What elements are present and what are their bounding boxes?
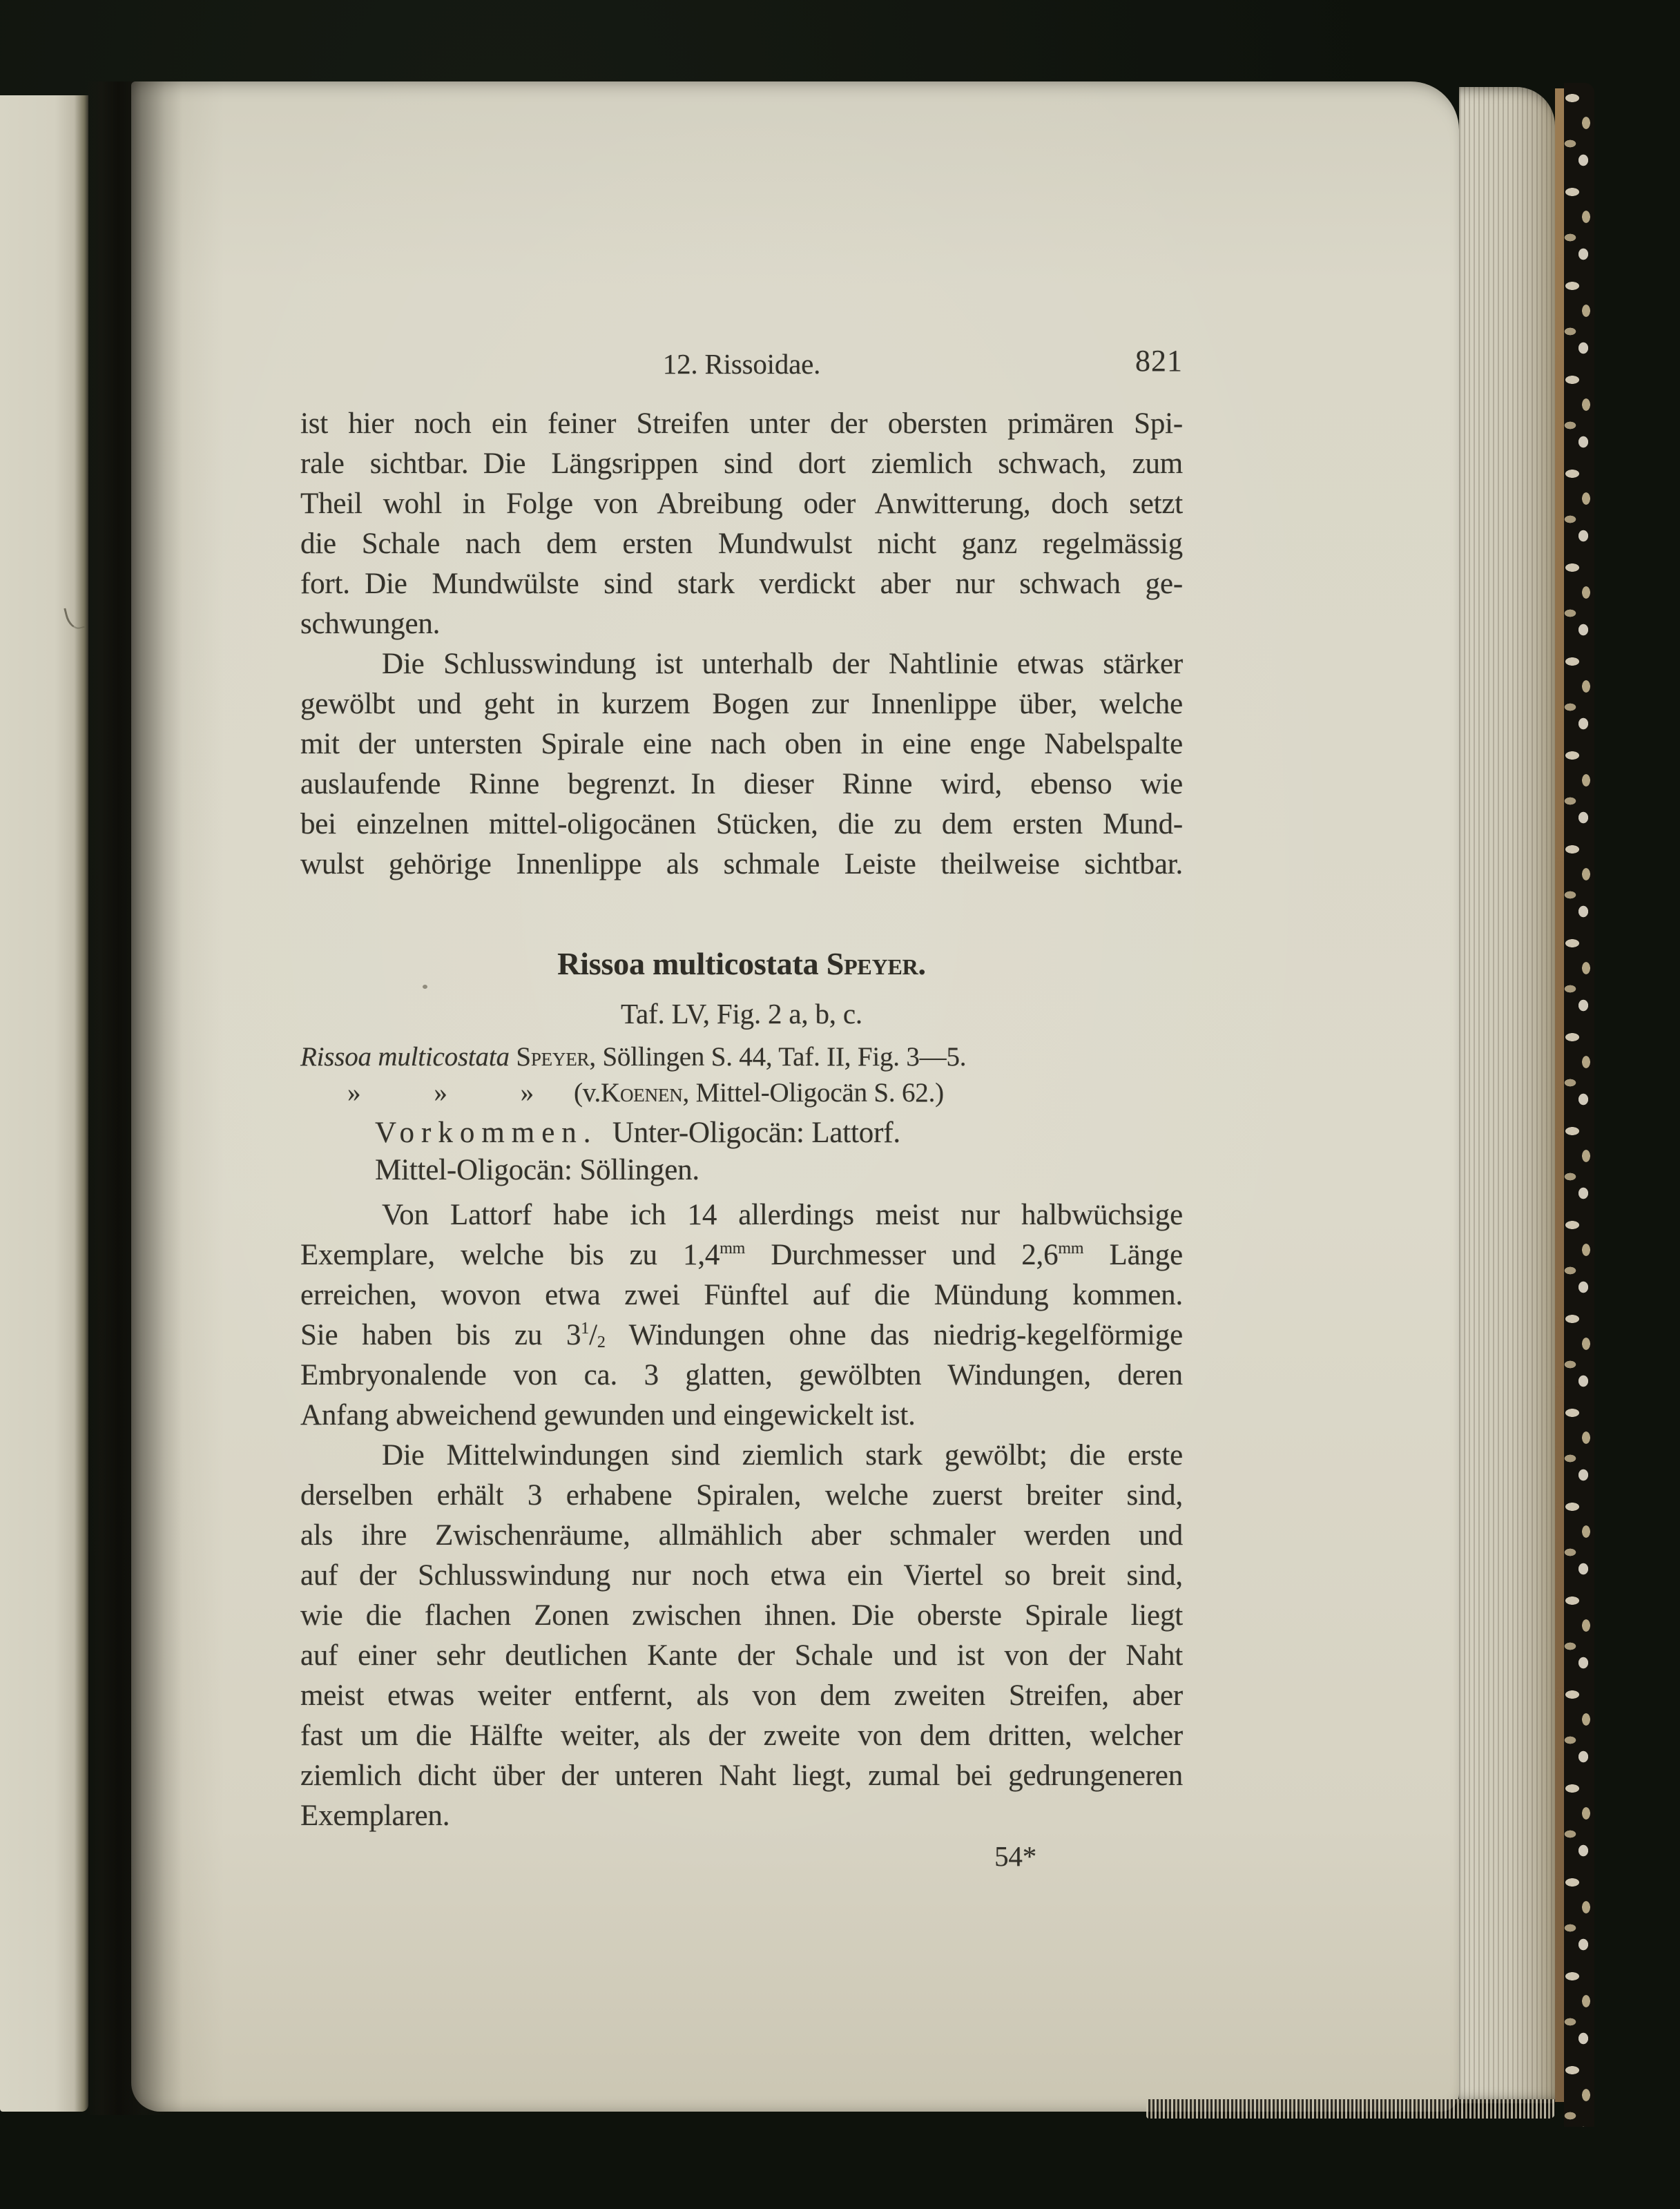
text-segment: Exemplare, welche bis zu 1,4 (300, 1239, 720, 1271)
book-page: 12. Rissoidae. 821 ist hier noch ein fei… (131, 81, 1459, 2112)
board-edge-line (1555, 88, 1564, 2102)
paragraph-4: Die Mittelwindungen sind ziemlich stark … (300, 1436, 1183, 1836)
ditto-mark: » (347, 1075, 360, 1111)
signature-mark: 54* (300, 1836, 1183, 1876)
ditto-mark: » (521, 1075, 534, 1111)
synonymy-reference-2-pre: (v. (574, 1075, 601, 1111)
text-line: Anfang abweichend gewunden und eingewick… (300, 1396, 1183, 1436)
text-line: auf einer sehr deutlichen Kante der Scha… (300, 1636, 1183, 1676)
text-segment: Windungen ohne das niedrig-kegelförmige (606, 1319, 1183, 1351)
text-line: Embryonalende von ca. 3 glatten, gewölbt… (300, 1356, 1183, 1396)
text-line: gewölbt und geht in kurzem Bogen zur Inn… (300, 684, 1183, 724)
species-heading: Rissoa multicostata Speyer. (300, 944, 1183, 984)
text-line: Von Lattorf habe ich 14 allerdings meist… (300, 1195, 1183, 1235)
page-number: 821 (1135, 341, 1183, 381)
text-line: Exemplare, welche bis zu 1,4mm Durchmess… (300, 1235, 1183, 1275)
plate-reference: Taf. LV, Fig. 2 a, b, c. (300, 994, 1183, 1034)
unit-superscript: mm (1058, 1239, 1083, 1257)
paragraph-1: ist hier noch ein feiner Streifen unter … (300, 404, 1183, 644)
synonymy-line-1: Rissoa multicostata Speyer, Söllingen S.… (300, 1039, 1183, 1075)
text-line: Theil wohl in Folge von Abreibung oder A… (300, 484, 1183, 524)
text-line: Die Mittelwindungen sind ziemlich stark … (300, 1436, 1183, 1476)
species-author: Speyer. (827, 946, 926, 981)
text-line: Exemplaren. (300, 1796, 1183, 1836)
text-line: derselben erhält 3 erhabene Spiralen, we… (300, 1476, 1183, 1516)
text-line: Sie haben bis zu 31/2 Windungen ohne das… (300, 1315, 1183, 1356)
running-header: 12. Rissoidae. 821 (300, 344, 1183, 384)
text-segment: Länge (1083, 1239, 1183, 1271)
text-line: fort. Die Mundwülste sind stark verdickt… (300, 564, 1183, 604)
text-line: bei einzelnen mittel-oligocänen Stücken,… (300, 804, 1183, 845)
synonymy-author-2: Koenen (601, 1078, 682, 1108)
text-line: Die Schlusswindung ist unterhalb der Nah… (300, 644, 1183, 684)
occurrence-line-1: Vorkommen. Unter-Oligocän: Lattorf. (300, 1115, 1183, 1151)
occurrence-label: Vorkommen. (375, 1117, 598, 1149)
cover-marbled-edge (1564, 83, 1594, 2127)
text-segment: Durchmesser und 2,6 (745, 1239, 1058, 1271)
fraction-slash: / (589, 1319, 597, 1351)
text-line: als ihre Zwischenräume, allmählich aber … (300, 1516, 1183, 1556)
text-line: auslaufende Rinne begrenzt. In dieser Ri… (300, 764, 1183, 804)
synonymy-reference-2: , Mittel-Oligocän S. 62.) (683, 1078, 944, 1108)
text-line: wulst gehörige Innenlippe als schmale Le… (300, 845, 1183, 885)
species-name: Rissoa multicostata (557, 946, 827, 981)
text-line: wie die flachen Zonen zwischen ihnen. Di… (300, 1596, 1183, 1636)
occurrence-value: Unter-Oligocän: Lattorf. (598, 1117, 900, 1149)
text-line: ist hier noch ein feiner Streifen unter … (300, 404, 1183, 444)
fore-edge-stack (1459, 87, 1555, 2103)
text-line: die Schale nach dem ersten Mundwulst nic… (300, 524, 1183, 564)
synonymy-author: Speyer (516, 1042, 589, 1072)
synonymy-reference: , Söllingen S. 44, Taf. II, Fig. 3—5. (589, 1042, 966, 1072)
text-line: auf der Schlusswindung nur noch etwa ein… (300, 1556, 1183, 1596)
page-text-block: 12. Rissoidae. 821 ist hier noch ein fei… (300, 344, 1183, 1876)
occurrence-line-2: Mittel-Oligocän: Söllingen. (300, 1152, 1183, 1188)
text-line: ziemlich dicht über der unteren Naht lie… (300, 1756, 1183, 1796)
paragraph-3: Von Lattorf habe ich 14 allerdings meist… (300, 1195, 1183, 1436)
ditto-mark: » (434, 1075, 447, 1111)
book-photo-background: { "colors": { "background": "#0e120c", "… (0, 0, 1680, 2209)
text-line: rale sichtbar. Die Längsrippen sind dort… (300, 444, 1183, 484)
paper-speck (423, 985, 427, 989)
text-line: meist etwas weiter entfernt, als von dem… (300, 1676, 1183, 1716)
fraction-numerator: 1 (581, 1320, 589, 1338)
adjacent-page-edge (0, 95, 88, 2112)
unit-superscript: mm (720, 1239, 745, 1257)
fraction-denominator: 2 (597, 1333, 606, 1351)
section-title: 12. Rissoidae. (663, 348, 820, 380)
text-line: schwungen. (300, 604, 1183, 644)
text-line: fast um die Hälfte weiter, als der zweit… (300, 1716, 1183, 1756)
text-line: mit der untersten Spirale eine nach oben… (300, 724, 1183, 764)
paragraph-2: Die Schlusswindung ist unterhalb der Nah… (300, 644, 1183, 885)
text-segment: Sie haben bis zu 3 (300, 1319, 581, 1351)
synonymy-species-italic: Rissoa multicostata (300, 1042, 516, 1072)
bottom-page-fringe (1146, 2099, 1555, 2119)
synonymy-line-2: »»»(v. Koenen, Mittel-Oligocän S. 62.) (300, 1075, 1183, 1111)
text-line: erreichen, wovon etwa zwei Fünftel auf d… (300, 1275, 1183, 1315)
